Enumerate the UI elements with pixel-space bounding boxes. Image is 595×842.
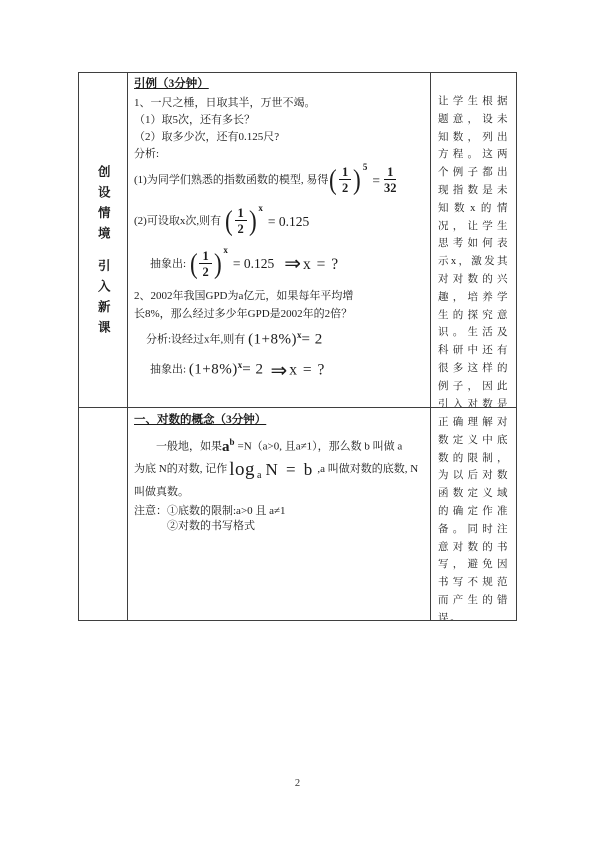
right-paren: ) [214,251,222,277]
unknown-result: x = ? [289,362,325,379]
formula-half-powx: (2)可设取x次,则有 (12)x= 0.125 [134,206,426,237]
log-symbol: log [229,459,255,480]
fraction-one-thirtysecond: 132 [384,165,397,196]
left-paren: ( [225,208,233,234]
fraction-one-half: 12 [339,165,351,196]
formula-abstract-2: 抽象出: (1+8%)x= 2⇒x = ? [134,357,426,379]
empty-stage-cell [79,408,128,620]
log-subscript-a: a [257,470,261,481]
log-equation: N = b [265,460,314,479]
intro-line-1: 1、一尺之棰，日取其半，万世不竭。 [134,95,426,112]
implies-arrow-icon: ⇒ [284,251,301,275]
note-cell-2: 正确理解对数定义中底数的限制，为以后对数函数定义域的确定作准备。同时注意对数的书… [431,408,516,620]
right-paren: ) [249,208,257,234]
concept-cell: 一、对数的概念（3分钟） 一般地，如果ab=N（a>0, 且a≠1），那么数 b… [128,408,431,620]
stage-label-part1: 创设情境 [97,165,110,247]
fraction-one-half: 12 [199,249,211,280]
power-base: (1+8%) [189,362,238,378]
guidance-note-2: 正确理解对数定义中底数的限制，为以后对数函数定义域的确定作准备。同时注意对数的书… [438,417,509,620]
document-page: { "page": { "number": "2" }, "stage_labe… [0,0,595,842]
intro-cell: 引例（3分钟） 1、一尺之棰，日取其半，万世不竭。 （1）取5次，还有多长？ （… [128,73,431,408]
left-paren: ( [329,167,337,193]
note-cell-1: 让学生根据题意，设未知数，列出方程。这两个例子都出现指数是未知数x的情况，让学生… [431,73,516,408]
definition-line-3: 叫做真数。 [134,484,426,500]
lesson-plan-table: 创设情境 引入新课 引例（3分钟） 1、一尺之棰，日取其半，万世不竭。 （1）取… [78,72,517,621]
fraction-one-half: 12 [235,206,247,237]
stage-cell: 创设情境 引入新课 [79,73,128,408]
intro-title: 引例（3分钟） [134,76,426,93]
definition-line-1: 一般地，如果ab=N（a>0, 且a≠1），那么数 b 叫做 a [134,434,426,455]
concept-note-1: 注意：①底数的限制:a>0 且 a≠1 [134,504,426,519]
intro-line-4: 分析: [134,146,426,163]
formula-growth: 分析:设经过x年,则有 (1+8%)x= 2 [134,327,426,349]
problem2-line-2: 长8%，那么经过多少年GPD是2002年的2倍？ [134,305,426,323]
intro-line-3: （2）取多少次，还有0.125尺? [134,129,426,146]
unknown-result: x = ? [303,255,339,272]
problem2-line-1: 2、2002年我国GPD为a亿元，如果每年平均增 [134,287,426,305]
exponent: x [258,200,263,217]
base-a: a [222,439,230,455]
definition-line-2: 为底 N的对数, 记作logaN = b,a 叫做对数的底数, N [134,461,426,477]
left-paren: ( [190,251,198,277]
guidance-note-1: 让学生根据题意，设未知数，列出方程。这两个例子都出现指数是未知数x的情况，让学生… [438,96,509,408]
concept-note-2: ②对数的书写格式 [134,519,426,534]
stage-label-part2: 引入新课 [97,259,110,341]
concept-title: 一、对数的概念（3分钟） [134,412,426,428]
implies-arrow-icon: ⇒ [270,358,287,382]
formula-half-pow5: (1)为同学们熟悉的指数函数的模型, 易得(12)5=132 [134,165,426,196]
intro-line-2: （1）取5次，还有多长？ [134,112,426,129]
formula-abstract-1: 抽象出: (12)x= 0.125⇒x = ? [134,249,426,280]
page-number: 2 [0,778,595,789]
exponent: x [223,242,228,259]
exponent-b: b [230,437,235,447]
power-base: (1+8%) [248,332,297,348]
exponent: 5 [363,159,368,176]
right-paren: ) [353,167,361,193]
